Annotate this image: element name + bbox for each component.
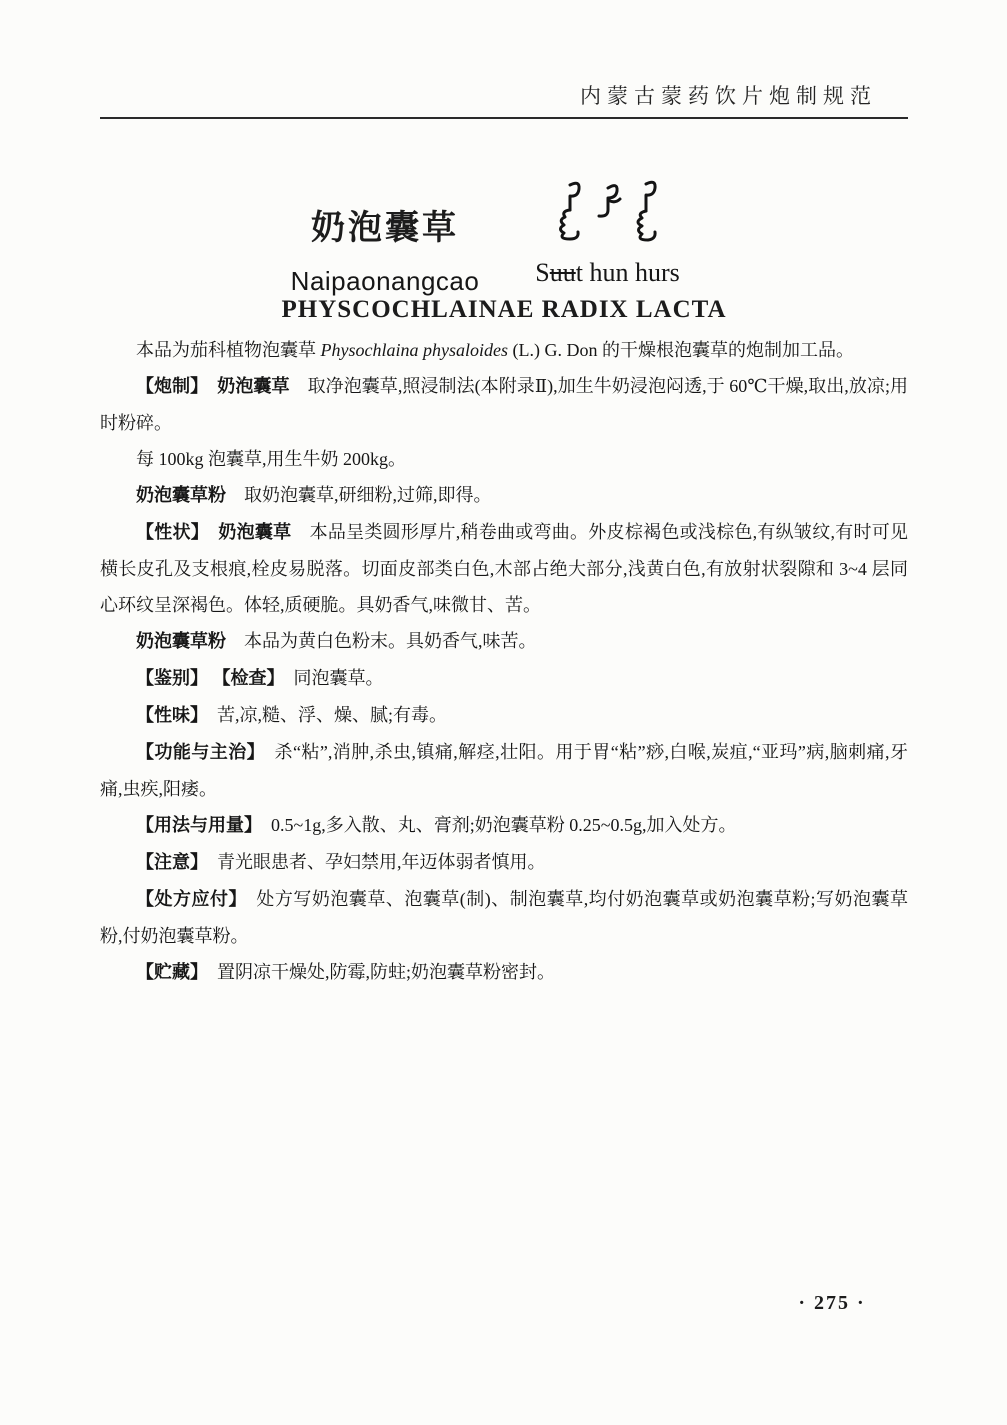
monograph-latin-name: PHYSCOCHLAINAE RADIX LACTA [100,296,908,324]
text-segment: 【性状】 [136,522,200,543]
text-segment: 【注意】 [136,852,199,873]
text-segment: 【贮藏】 [136,962,199,983]
translit-start: S [535,258,549,287]
paragraph: 【贮藏】 置阴凉干燥处,防霉,防蛀;奶泡囊草粉密封。 [100,954,908,991]
monograph-title-chinese: 奶泡囊草 [290,200,480,249]
text-segment [200,522,218,542]
page-number: · 275 · [787,1292,877,1315]
text-segment: 【鉴别】 [136,668,208,689]
header-rule [100,117,908,119]
text-segment: 【检查】 [213,668,276,689]
text-segment: 【用法与用量】 [136,815,253,836]
paragraph: 【用法与用量】 0.5~1g,多入散、丸、膏剂;奶泡囊草粉 0.25~0.5g,… [100,807,908,844]
document-page: 内蒙古蒙药饮片炮制规范 奶泡囊草 Naipaonangcao Suut hun … [0,0,1007,1425]
translit-struck: uu [550,258,576,287]
text-segment: 本品为茄科植物泡囊草 [136,340,321,360]
paragraph: 【处方应付】 处方写奶泡囊草、泡囊草(制)、制泡囊草,均付奶泡囊草或奶泡囊草粉;… [100,881,908,954]
running-header: 内蒙古蒙药饮片炮制规范 [580,80,877,110]
text-segment: 每 100kg 泡囊草,用生牛奶 200kg。 [136,449,406,469]
text-segment [199,376,217,396]
text-segment: (L.) G. Don 的干燥根泡囊草的炮制加工品。 [508,340,854,360]
text-segment: 奶泡囊草 [218,522,291,543]
text-segment: 【炮制】 [136,376,199,397]
paragraph: 【性味】 苦,凉,糙、浮、燥、腻;有毒。 [100,697,908,734]
mongolian-vertical-script-icon [556,180,660,244]
text-segment: 【性味】 [136,705,199,726]
text-segment: 0.5~1g,多入散、丸、膏剂;奶泡囊草粉 0.25~0.5g,加入处方。 [253,815,736,835]
paragraph: 奶泡囊草粉 取奶泡囊草,研细粉,过筛,即得。 [100,477,908,514]
text-segment: 奶泡囊草粉 [136,485,226,506]
text-segment: 奶泡囊草 [217,376,289,397]
paragraph: 【注意】 青光眼患者、孕妇禁用,年迈体弱者慎用。 [100,844,908,881]
text-segment: 奶泡囊草粉 [136,631,226,652]
text-segment: 同泡囊草。 [276,668,384,688]
translit-end: t hun hurs [576,258,680,287]
mongolian-transliteration: Suut hun hurs [525,258,690,288]
text-segment: 取奶泡囊草,研细粉,过筛,即得。 [226,485,492,505]
text-segment: Physochlaina physaloides [321,340,508,360]
title-block: 奶泡囊草 Naipaonangcao [290,200,480,297]
paragraph: 【性状】 奶泡囊草 本品呈类圆形厚片,稍卷曲或弯曲。外皮棕褐色或浅棕色,有纵皱纹… [100,514,908,623]
text-segment: 【功能与主治】 [136,742,256,763]
text-segment: 本品为黄白色粉末。具奶香气,味苦。 [226,631,537,651]
text-segment: 苦,凉,糙、浮、燥、腻;有毒。 [199,705,447,725]
text-segment: 【处方应付】 [136,889,238,910]
paragraph: 奶泡囊草粉 本品为黄白色粉末。具奶香气,味苦。 [100,623,908,660]
paragraph: 【功能与主治】 杀“粘”,消肿,杀虫,镇痛,解痉,壮阳。用于胃“粘”痧,白喉,炭… [100,734,908,807]
paragraph: 【鉴别】 【检查】 同泡囊草。 [100,660,908,697]
mongolian-block: Suut hun hurs [525,180,690,288]
monograph-pinyin: Naipaonangcao [290,266,480,297]
paragraph: 每 100kg 泡囊草,用生牛奶 200kg。 [100,441,908,477]
text-segment: 青光眼患者、孕妇禁用,年迈体弱者慎用。 [199,852,546,872]
text-segment: 置阴凉干燥处,防霉,防蛀;奶泡囊草粉密封。 [199,962,555,982]
paragraph: 【炮制】 奶泡囊草 取净泡囊草,照浸制法(本附录Ⅱ),加生牛奶浸泡闷透,于 60… [100,368,908,441]
paragraph: 本品为茄科植物泡囊草 Physochlaina physaloides (L.)… [100,332,908,368]
body-text: 本品为茄科植物泡囊草 Physochlaina physaloides (L.)… [100,332,908,991]
